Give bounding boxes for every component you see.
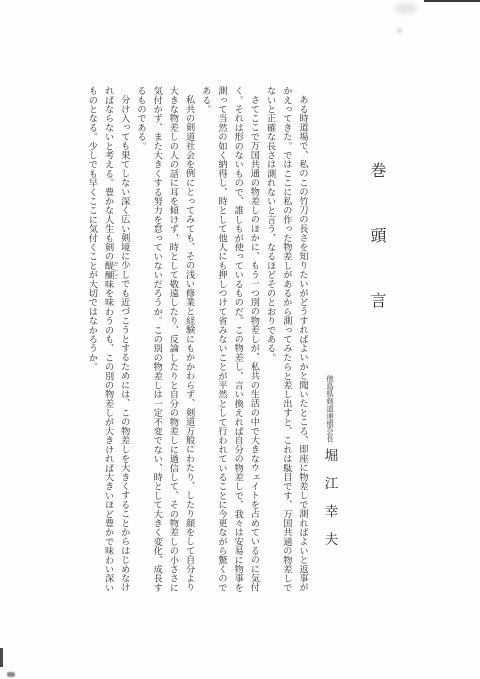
scan-artifact-corner-sliver — [0, 648, 3, 667]
body-paragraph: 私共の剣道社会を例にとってみても、その浅い修業と経験にもかかわらず、剣道万般にわ… — [132, 86, 197, 594]
author-name: 堀江幸夫 — [322, 448, 338, 560]
scanned-page: 巻頭言 徳島県剣道連盟会長堀江幸夫 ある時道場で、私のこの竹刀の長さを知りたいが… — [0, 0, 480, 679]
scan-artifact-corner-speck — [7, 672, 15, 677]
body-paragraph: 分け入っても果てしない深く広い剣境に少しでも近づこうとするためには、この物差しを… — [83, 86, 132, 594]
scan-artifact-dot — [397, 28, 402, 33]
body-paragraph: さてここで万国共通の物差しのほかに、もう一つ別の物差しが、私共の生活の中で大きな… — [197, 86, 262, 594]
author-block: 徳島県剣道連盟会長堀江幸夫 — [322, 375, 337, 655]
body-text: ある時道場で、私のこの竹刀の長さを知りたいがどうすればよいかと聞いたところ、即座… — [80, 86, 310, 594]
scan-artifact-smudge — [395, 3, 417, 14]
scan-artifact-top-edge — [424, 0, 480, 2]
body-paragraph: ある時道場で、私のこの竹刀の長さを知りたいがどうすればよいかと聞いたところ、即座… — [261, 86, 310, 594]
page-title: 巻頭言 — [369, 162, 385, 382]
author-organization: 徳島県剣道連盟会長 — [326, 375, 335, 443]
